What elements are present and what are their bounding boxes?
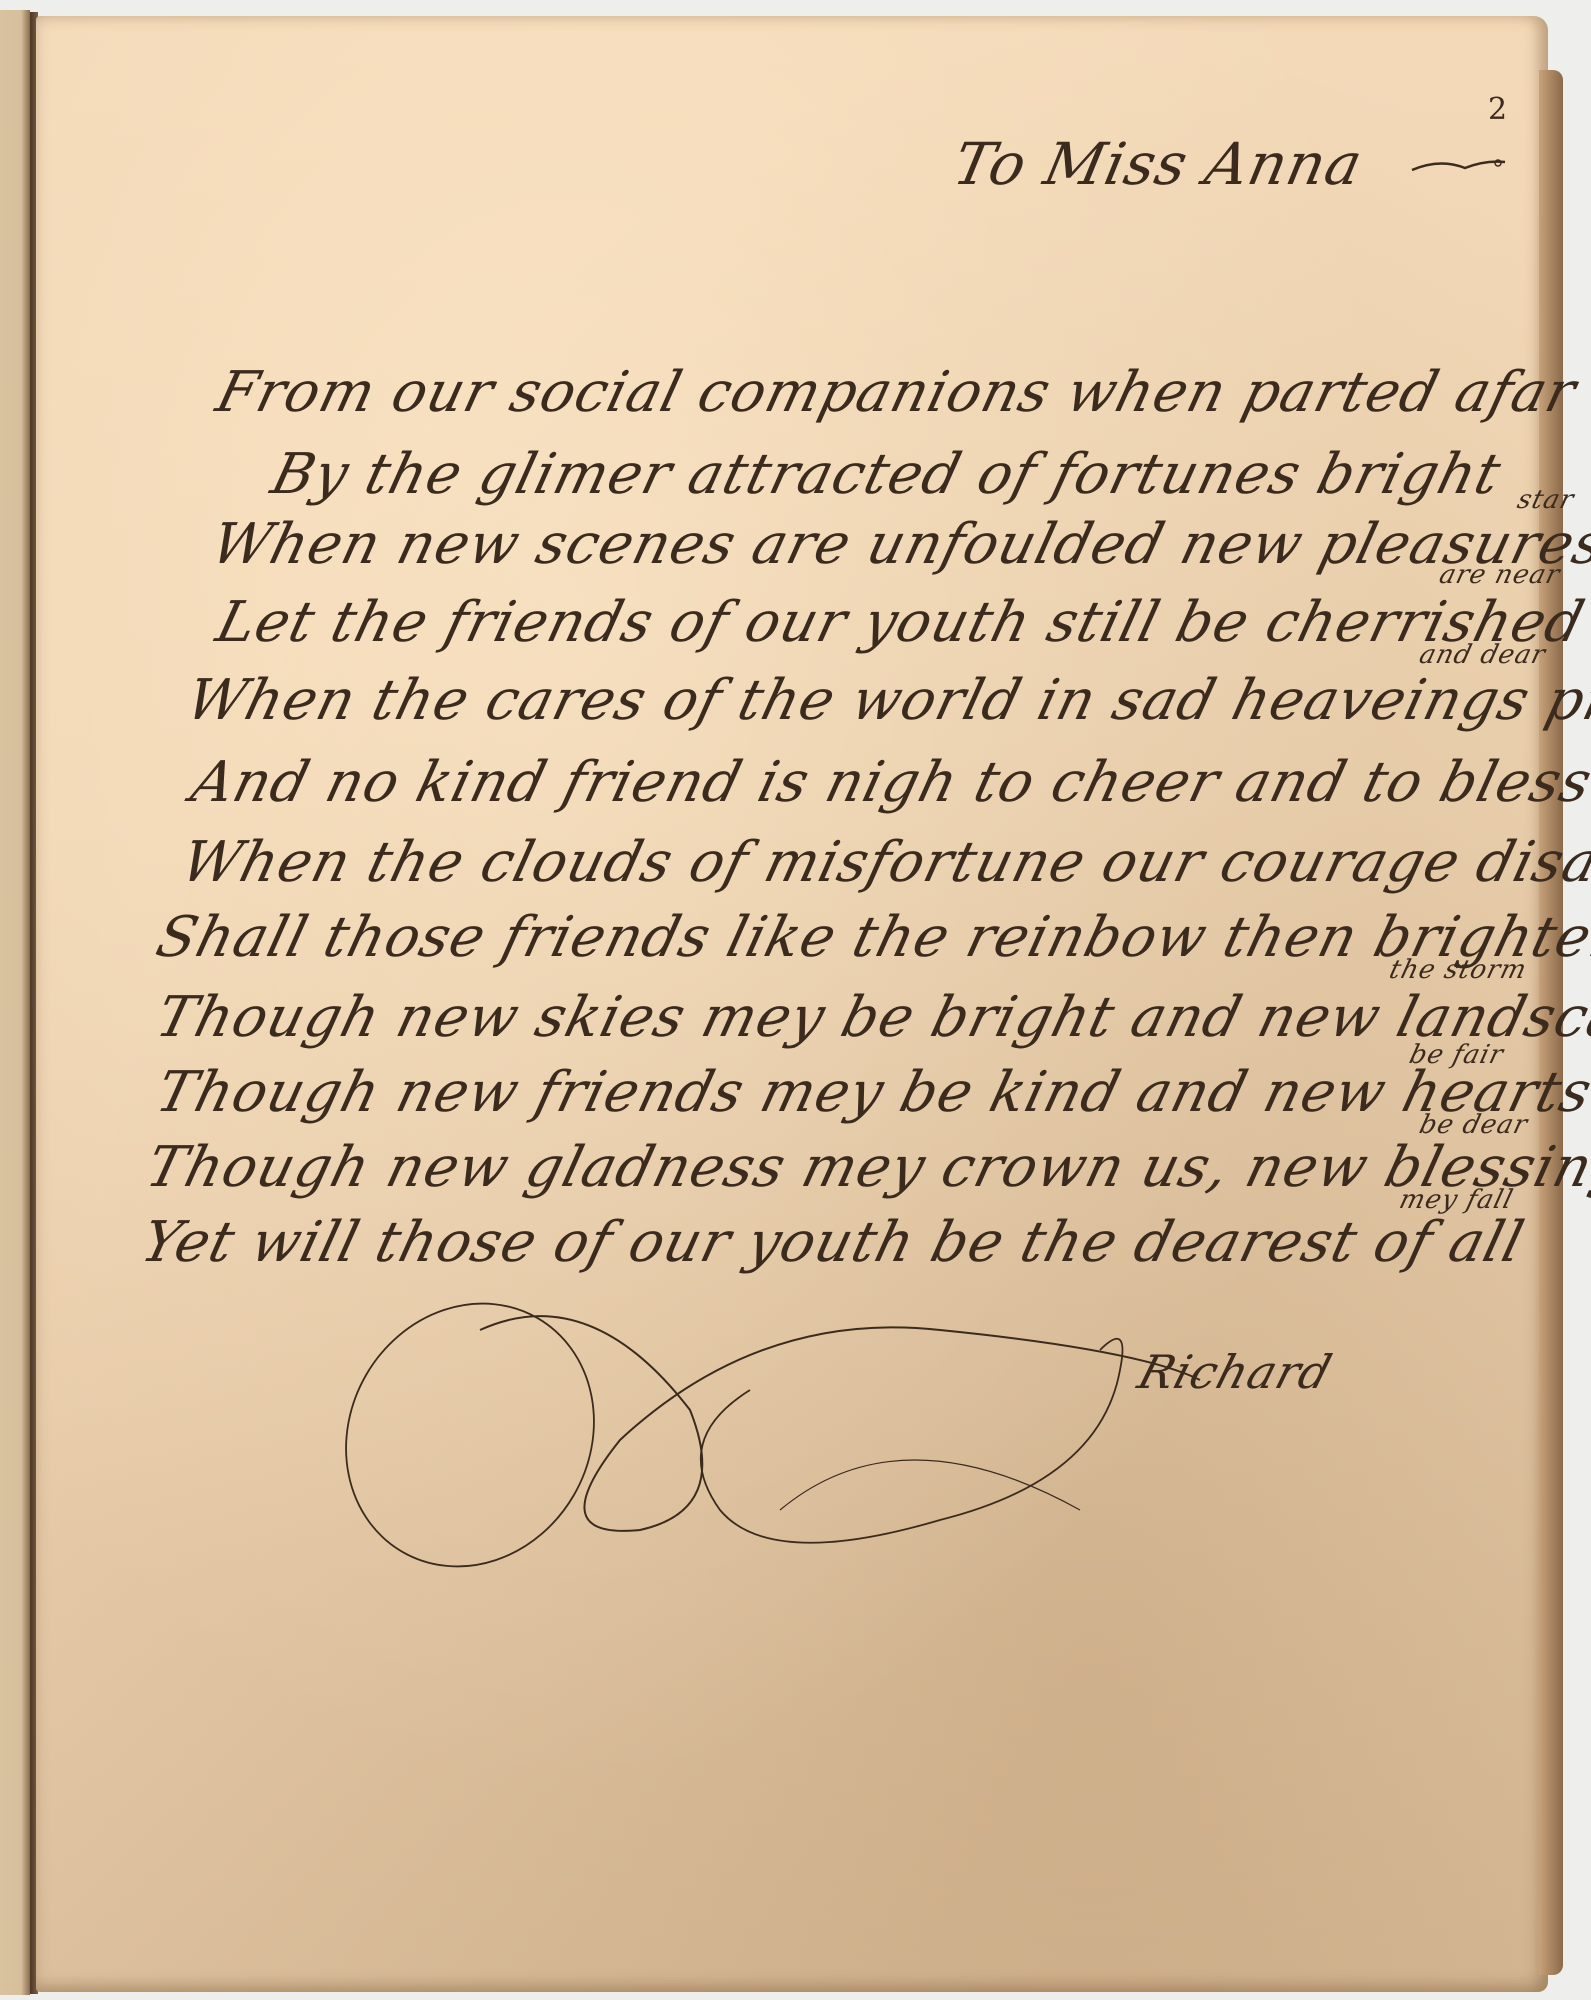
line-continuation: and dear (1416, 640, 1549, 670)
poem-line: Shall those friends like the reinbow the… (150, 905, 1591, 970)
poem-line: By the glimer attracted of fortunes brig… (265, 442, 1508, 507)
poem-line: And no kind friend is nigh to cheer and … (185, 750, 1591, 815)
line-continuation: are near (1436, 560, 1563, 590)
poem-line: When new scenes are unfoulded new pleasu… (205, 512, 1591, 577)
poem-line: From our social companions when parted a… (210, 360, 1583, 425)
line-continuation: the storm (1386, 955, 1530, 985)
poem-line: When the cares of the world in sad heave… (180, 668, 1591, 733)
poem-line: Let the friends of our youth still be ch… (210, 590, 1591, 655)
facing-page-edge (0, 10, 30, 1995)
dedication-heading: To Miss Anna (948, 130, 1369, 198)
heading-flourish-icon (1410, 150, 1510, 180)
poem-line: Yet will those of our youth be the deare… (135, 1210, 1531, 1275)
line-continuation: star (1514, 485, 1577, 515)
poem-line: When the clouds of misfortune our courag… (175, 830, 1591, 895)
page-number: 2 (1488, 92, 1508, 127)
signature-flourish-icon (340, 1290, 1540, 1570)
poem-line: Though new gladness mey crown us, new bl… (140, 1135, 1591, 1200)
poem-line: Though new skies mey be bright and new l… (150, 985, 1591, 1050)
signature: Richard (1132, 1345, 1338, 1399)
poem-line: Though new friends mey be kind and new h… (150, 1060, 1591, 1125)
